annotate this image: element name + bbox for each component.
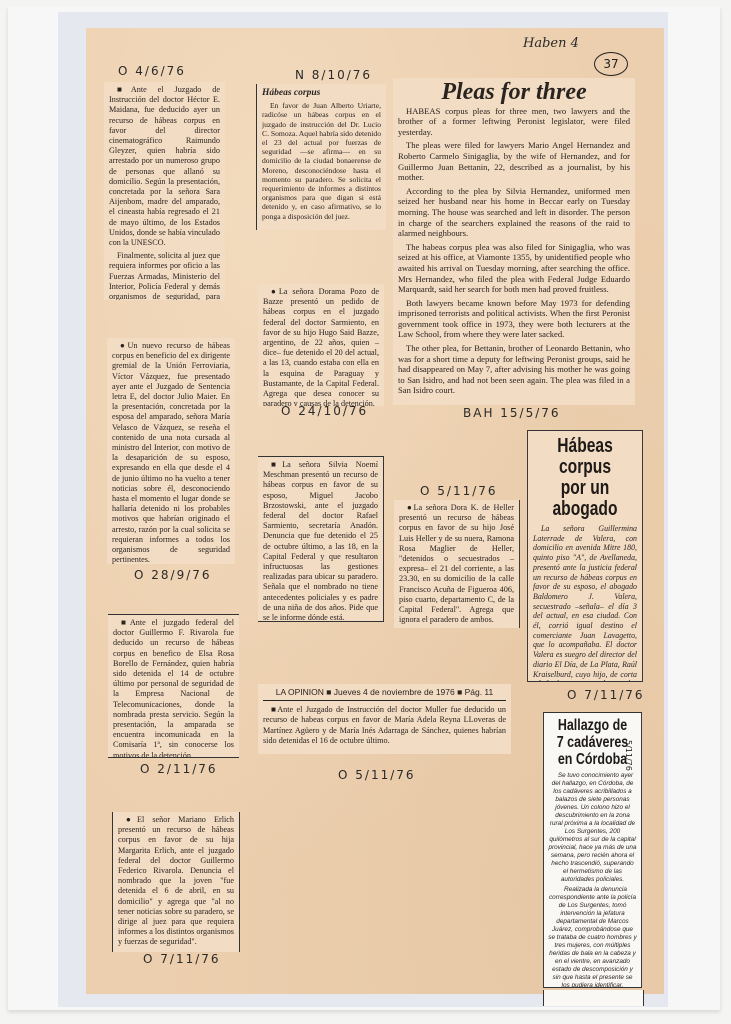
paragraph: En favor de Juan Alberto Uriarte, radicó… (262, 101, 381, 221)
date-note: N 8/10/76 (295, 68, 372, 82)
paragraph: Ante el Juzgado de Instrucción del docto… (263, 705, 506, 746)
date-note: O 7/11/76 (567, 688, 645, 702)
clipping-bazze: La señora Dorama Pozo de Bazze presentó … (258, 284, 384, 406)
date-note: O 7/11/76 (143, 952, 221, 966)
clipping-erlich: El señor Mariano Erlich presentó un recu… (112, 812, 240, 952)
archive-tag: Haben 4 (523, 36, 579, 51)
side-date-note: 5/11/76 (624, 740, 633, 771)
clipping-uriarte: Hábeas corpus En favor de Juan Alberto U… (256, 84, 386, 230)
paragraph: La señora Guillermina Laterrade de Valer… (533, 524, 637, 682)
paragraph: Both lawyers became known before May 197… (398, 298, 630, 340)
paragraph: Se tuvo conocimiento ayer del hallazgo, … (548, 772, 637, 884)
clipping-title: Hábeas corpus por un abogado (534, 436, 637, 520)
date-note: O 24/10/76 (281, 404, 368, 418)
clipping-heller: La señora Dora K. de Heller presentó un … (394, 500, 520, 628)
paragraph: HABEAS corpus pleas for three men, two l… (398, 106, 630, 138)
clipping-valera: Hábeas corpus por un abogado La señora G… (527, 430, 643, 682)
page-number: 37 (594, 52, 628, 76)
clipping-borello: Ante el juzgado federal del doctor Guill… (108, 614, 239, 758)
paragraph: Ante el Juzgado de Instrucción del docto… (109, 85, 220, 248)
paragraph: The pleas were filed for lawyers Mario A… (398, 140, 630, 182)
date-note: O 5/11/76 (420, 484, 498, 498)
paragraph: According to the plea by Silvia Hernande… (398, 186, 630, 239)
paragraph: La señora Dora K. de Heller presentó un … (399, 503, 514, 625)
date-note: O 2/11/76 (140, 762, 218, 776)
date-note: BAH 15/5/76 (463, 406, 561, 420)
clipping-title: Hallazgo de 7 cadáveres en Córdoba (550, 718, 635, 768)
paragraph: Realizada la denuncia correspondiente an… (548, 886, 637, 988)
clipping-title: Hábeas corpus (262, 89, 381, 98)
paragraph: Finalmente, solicita al juez que requier… (109, 251, 220, 300)
date-note: O 5/11/76 (338, 768, 416, 782)
clipping-vazquez: Un nuevo recurso de hábeas corpus en ben… (107, 338, 235, 564)
clipping-cordoba-tail (543, 990, 644, 1006)
clipping-brzostowski: La señora Silvia Noemí Meschman presentó… (258, 456, 384, 622)
paragraph: El señor Mariano Erlich presentó un recu… (118, 815, 234, 948)
paragraph: Ante el juzgado federal del doctor Guill… (113, 618, 234, 758)
clipping-maidana: Ante el Juzgado de Instrucción del docto… (104, 82, 225, 300)
paragraph: La señora Dorama Pozo de Bazze presentó … (263, 287, 379, 406)
date-note: O 4/6/76 (118, 64, 186, 78)
paragraph: Un nuevo recurso de hábeas corpus en ben… (112, 341, 230, 564)
paragraph: The habeas corpus plea was also filed fo… (398, 242, 630, 295)
paragraph: La señora Silvia Noemí Meschman presentó… (263, 460, 378, 622)
clipping-pleas-for-three: Pleas for three HABEAS corpus pleas for … (393, 78, 635, 405)
paragraph: The other plea, for Bettanin, brother of… (398, 343, 630, 396)
clipping-title: Pleas for three (398, 87, 630, 98)
newspaper-header: LA OPINION ■ Jueves 4 de noviembre de 19… (263, 687, 506, 701)
date-note: O 28/9/76 (134, 568, 212, 582)
clipping-la-opinion: LA OPINION ■ Jueves 4 de noviembre de 19… (258, 684, 511, 754)
